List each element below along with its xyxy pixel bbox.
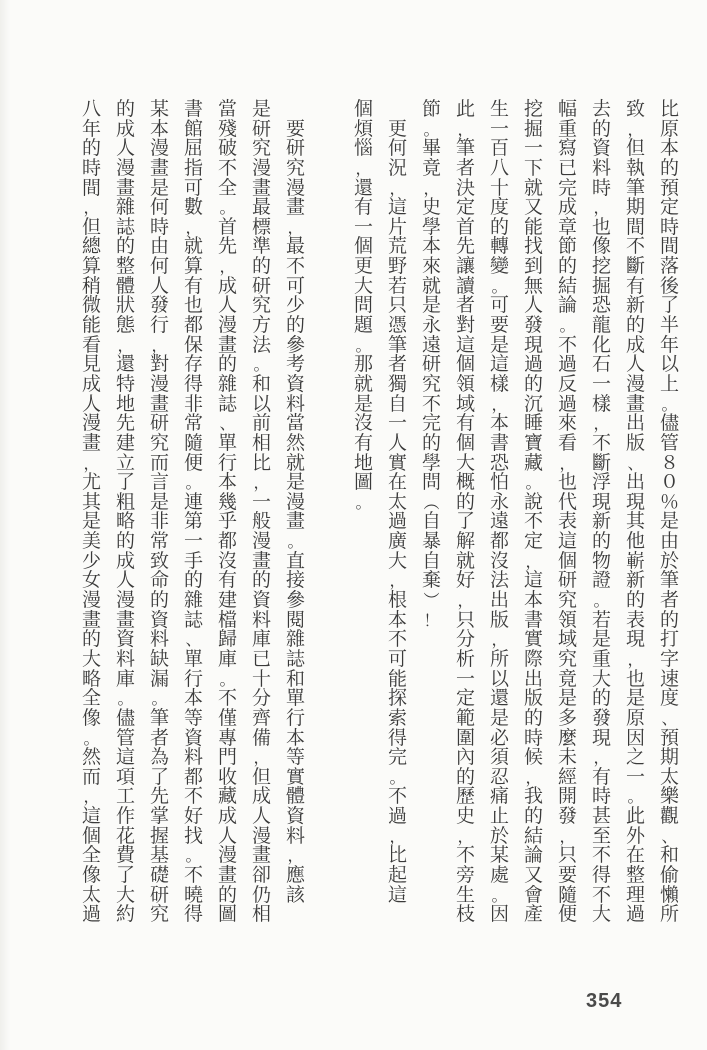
text-column: 個煩惱，還有一個更大問題。那就是沒有地圖。 [348,100,379,930]
glyph: 要 [487,316,513,336]
glyph: 美 [79,532,105,552]
glyph: 是 [249,100,275,120]
glyph: 出 [487,591,513,611]
glyph: 獨 [385,375,411,395]
glyph: 畢 [419,139,445,159]
glyph: 數 [181,198,207,218]
glyph: 資 [113,630,139,650]
glyph: 算 [79,257,105,277]
glyph: 全 [215,179,241,199]
glyph: 成 [79,375,105,395]
glyph: 。 [147,689,173,709]
glyph: 本 [215,473,241,493]
glyph: 雜 [215,375,241,395]
glyph: 這 [385,886,411,906]
glyph: 題 [351,316,377,336]
glyph: 字 [657,650,683,670]
glyph: 本 [181,689,207,709]
glyph: 在 [385,473,411,493]
glyph: 挖 [589,257,615,277]
glyph: 作 [113,807,139,827]
glyph: 探 [385,689,411,709]
glyph: 過 [79,905,105,925]
glyph: 漏 [147,670,173,690]
glyph: ， [79,198,105,218]
glyph: 人 [113,139,139,159]
glyph: 常 [147,532,173,552]
glyph: 畫 [283,512,309,532]
glyph: 百 [487,139,513,159]
glyph: 雜 [181,591,207,611]
glyph: 得 [181,375,207,395]
glyph: 可 [385,650,411,670]
glyph: 起 [385,866,411,886]
glyph: 際 [521,650,547,670]
glyph: 旁 [453,866,479,886]
glyph: ， [249,473,275,493]
glyph: 廣 [385,532,411,552]
glyph: 一 [623,768,649,788]
glyph: 寫 [555,139,581,159]
glyph: 書 [181,100,207,120]
book-page: 比原本的預定時間落後了半年以上。儘管８０％是由於筆者的打字速度、預期太樂觀、和偷… [0,0,707,1050]
glyph: 的 [113,532,139,552]
glyph: 漫 [249,532,275,552]
glyph: 原 [623,709,649,729]
glyph: 樣 [487,375,513,395]
glyph: 漫 [623,375,649,395]
glyph: 不 [283,257,309,277]
glyph: 歸 [215,630,241,650]
glyph: 屈 [181,139,207,159]
glyph: 時 [79,159,105,179]
glyph: 先 [113,414,139,434]
glyph: 人 [385,434,411,454]
glyph: 過 [385,807,411,827]
text-column: 幅重寫已完成章節的結論。不過反過來看，也代表這個研究領域究竟是多麼未經開發，只要… [552,100,583,930]
glyph: 完 [419,414,445,434]
glyph: 範 [453,709,479,729]
glyph: 何 [147,198,173,218]
glyph: 者 [657,591,683,611]
glyph: 應 [283,866,309,886]
glyph: 隨 [181,434,207,454]
glyph: 現 [589,729,615,749]
glyph: 資 [283,807,309,827]
glyph: 資 [589,139,615,159]
glyph: 單 [181,650,207,670]
glyph: 樣 [589,395,615,415]
glyph: 此 [453,100,479,120]
glyph: 不 [589,434,615,454]
glyph: 。 [521,473,547,493]
glyph: 。 [351,493,377,513]
glyph: 但 [623,139,649,159]
glyph: 等 [283,748,309,768]
glyph: 大 [385,552,411,572]
glyph: 雜 [283,630,309,650]
glyph: 先 [215,237,241,257]
glyph: 概 [453,473,479,493]
glyph: 資 [249,591,275,611]
glyph: 節 [419,100,445,120]
glyph: 的 [147,591,173,611]
glyph: 像 [79,709,105,729]
glyph: 礎 [147,866,173,886]
glyph: 本 [487,414,513,434]
glyph: 由 [657,532,683,552]
glyph: 解 [453,532,479,552]
glyph: 某 [147,100,173,120]
glyph: 筆 [453,139,479,159]
glyph: 浮 [589,473,615,493]
glyph: 。 [181,473,207,493]
glyph: 已 [249,650,275,670]
glyph: 須 [487,748,513,768]
glyph: 八 [487,159,513,179]
glyph: 何 [385,139,411,159]
glyph: 龍 [589,316,615,336]
glyph: 止 [487,807,513,827]
glyph: 來 [555,414,581,434]
glyph: 者 [453,159,479,179]
glyph: 域 [555,630,581,650]
glyph: 、 [657,709,683,729]
glyph: 儘 [113,709,139,729]
glyph: 了 [113,866,139,886]
glyph: 不 [215,689,241,709]
glyph: 、 [181,630,207,650]
text-column: 挖掘一下就又能找到無人發現過的沉睡寶藏。說不定，這本書實際出版的時候，我的結論又… [518,100,549,930]
glyph: 之 [623,748,649,768]
glyph: 。 [283,532,309,552]
glyph: 棄 [419,571,445,591]
glyph: 不 [181,866,207,886]
glyph: 又 [521,198,547,218]
glyph: 誌 [181,611,207,631]
glyph: 度 [657,689,683,709]
glyph: 本 [657,139,683,159]
glyph: 特 [113,375,139,395]
glyph: 究 [249,139,275,159]
glyph: 惱 [351,139,377,159]
glyph: 儘 [657,414,683,434]
glyph: 有 [351,198,377,218]
glyph: 一 [521,139,547,159]
glyph: 領 [453,375,479,395]
glyph: 幅 [555,100,581,120]
glyph: 睡 [521,414,547,434]
glyph: 產 [521,905,547,925]
glyph: 生 [487,100,513,120]
indent-space [283,100,309,120]
glyph: 還 [487,689,513,709]
glyph: 整 [623,866,649,886]
glyph: 是 [283,473,309,493]
glyph: 相 [249,434,275,454]
glyph: 打 [657,630,683,650]
glyph: ， [589,198,615,218]
glyph: 破 [215,139,241,159]
glyph: 常 [181,414,207,434]
glyph: 這 [79,807,105,827]
glyph: 竟 [419,159,445,179]
glyph: 研 [283,139,309,159]
glyph: 個 [351,100,377,120]
glyph: 料 [147,630,173,650]
glyph: 多 [555,709,581,729]
glyph: 已 [555,159,581,179]
glyph: 下 [521,159,547,179]
glyph: 有 [351,434,377,454]
text-column: 更何況，這片荒野若只憑筆者獨自一人實在太過廣大，根本不可能探索得完。不過，比起這 [382,100,413,930]
glyph: 尤 [79,473,105,493]
glyph: 處 [487,866,513,886]
glyph: 為 [147,748,173,768]
glyph: 得 [589,866,615,886]
glyph: 定 [657,198,683,218]
glyph: 出 [623,473,649,493]
glyph: 找 [181,827,207,847]
glyph: 度 [487,198,513,218]
glyph: 憑 [385,316,411,336]
glyph: 斷 [623,257,649,277]
glyph: 對 [453,316,479,336]
glyph: 史 [453,807,479,827]
glyph: 這 [385,198,411,218]
glyph: 來 [419,257,445,277]
glyph: 算 [181,257,207,277]
glyph: 誌 [215,395,241,415]
glyph: 得 [181,905,207,925]
glyph: 。 [113,689,139,709]
glyph: 時 [589,179,615,199]
glyph: 筆 [147,709,173,729]
glyph: 比 [657,100,683,120]
glyph: ！ [419,611,445,631]
glyph: ， [589,748,615,768]
glyph: 的 [623,316,649,336]
glyph: 究 [555,591,581,611]
glyph: 何 [147,257,173,277]
glyph: 就 [351,375,377,395]
glyph: 枝 [453,905,479,925]
glyph: 畫 [215,866,241,886]
glyph: 也 [555,473,581,493]
glyph: 的 [79,139,105,159]
glyph: 漫 [79,414,105,434]
glyph: 定 [521,532,547,552]
glyph: 畫 [283,198,309,218]
glyph: 。 [589,591,615,611]
glyph: 反 [555,375,581,395]
glyph: 的 [521,709,547,729]
page-gutter-shadow [0,0,10,1050]
glyph: 齊 [249,709,275,729]
text-column: 是研究漫畫最標準的研究方法。和以前相比，一般漫畫的資料庫已十分齊備，但成人漫畫卻… [246,100,277,930]
glyph: 大 [79,650,105,670]
glyph: 要 [555,866,581,886]
glyph: 期 [657,748,683,768]
glyph: 去 [589,100,615,120]
glyph: 漫 [113,591,139,611]
glyph: 漫 [249,159,275,179]
glyph: 當 [215,100,241,120]
glyph: ０ [657,473,683,493]
glyph: 八 [79,100,105,120]
glyph: 析 [453,650,479,670]
glyph: 整 [113,257,139,277]
text-column: 此，筆者決定首先讓讀者對這個領域有個大概的了解就好，只分析一定範圍內的歷史，不旁… [450,100,481,930]
glyph: 不 [385,630,411,650]
glyph: 候 [521,748,547,768]
glyph: 版 [623,434,649,454]
glyph: 重 [589,650,615,670]
text-column: 某本漫畫是何時由何人發行，對漫畫研究而言是非常致命的資料缺漏。筆者為了先掌握基礎… [144,100,175,930]
glyph: 研 [147,414,173,434]
glyph: 行 [147,316,173,336]
text-column: 要研究漫畫，最不可少的參考資料當然就是漫畫。直接參閱雜誌和單行本等實體資料，應該 [280,100,311,930]
glyph: 索 [385,709,411,729]
vertical-text-block: 比原本的預定時間落後了半年以上。儘管８０％是由於筆者的打字速度、預期太樂觀、和偷… [73,100,685,930]
glyph: 成 [555,198,581,218]
glyph: 的 [589,532,615,552]
page-number: 354 [586,990,622,1013]
text-column: 當殘破不全。首先，成人漫畫的雜誌、單行本幾乎都沒有建檔歸庫。不僅專門收藏成人漫畫… [212,100,243,930]
glyph: 內 [453,748,479,768]
glyph: ， [623,650,649,670]
glyph: ， [589,414,615,434]
glyph: 發 [521,316,547,336]
glyph: 行 [283,709,309,729]
glyph: 庫 [113,670,139,690]
glyph: 庫 [249,630,275,650]
glyph: 一 [181,532,207,552]
glyph: 單 [283,689,309,709]
glyph: 雜 [113,198,139,218]
glyph: 所 [487,650,513,670]
glyph: 單 [215,434,241,454]
glyph: 都 [215,532,241,552]
glyph: 畫 [147,159,173,179]
glyph: 究 [147,905,173,925]
glyph: 好 [181,807,207,827]
glyph: ， [453,591,479,611]
glyph: 相 [249,905,275,925]
glyph: 圖 [215,905,241,925]
glyph: 究 [147,434,173,454]
glyph: 實 [521,630,547,650]
glyph: 到 [521,257,547,277]
glyph: 寶 [521,434,547,454]
glyph: 現 [623,630,649,650]
glyph: 便 [181,454,207,474]
glyph: 挖 [521,100,547,120]
glyph: 、 [215,414,241,434]
glyph: 個 [453,434,479,454]
glyph: 發 [555,807,581,827]
glyph: 的 [589,689,615,709]
glyph: 有 [453,414,479,434]
glyph: 這 [113,748,139,768]
glyph: 是 [487,709,513,729]
glyph: 此 [623,807,649,827]
glyph: 是 [555,689,581,709]
glyph: 的 [521,807,547,827]
glyph: 永 [419,316,445,336]
glyph: 庫 [215,650,241,670]
glyph: 和 [249,375,275,395]
glyph: 執 [623,159,649,179]
glyph: 的 [555,257,581,277]
text-column: 致，但執筆期間不斷有新的成人漫畫出版、出現其他嶄新的表現，也是原因之一。此外在整… [620,100,651,930]
glyph: 然 [79,748,105,768]
glyph: 漫 [147,375,173,395]
glyph: 暴 [419,532,445,552]
glyph: 好 [453,571,479,591]
glyph: 變 [487,257,513,277]
glyph: 資 [283,375,309,395]
glyph: 沒 [351,414,377,434]
glyph: 料 [283,827,309,847]
glyph: 缺 [147,650,173,670]
glyph: 證 [589,571,615,591]
glyph: 半 [657,316,683,336]
text-column: 節。畢竟，史學本來就是永遠研究不完的學問︵自暴自棄︶！ [416,100,447,930]
glyph: 料 [113,650,139,670]
glyph: 漫 [113,159,139,179]
glyph: 版 [487,611,513,631]
glyph: 偷 [657,866,683,886]
glyph: 言 [147,473,173,493]
glyph: 的 [419,434,445,454]
text-column: 去的資料時，也像挖掘恐龍化石一樣，不斷浮現新的物證。若是重大的發現，有時甚至不得… [586,100,617,930]
glyph: 。 [215,198,241,218]
glyph: 態 [113,316,139,336]
glyph: 定 [453,689,479,709]
glyph: ︶ [419,591,445,611]
glyph: 備 [249,729,275,749]
glyph: 約 [113,905,139,925]
glyph: 間 [79,179,105,199]
glyph: 了 [113,473,139,493]
glyph: 定 [453,198,479,218]
glyph: 觀 [657,807,683,827]
glyph: 能 [79,316,105,336]
glyph: 又 [521,866,547,886]
glyph: 怕 [487,473,513,493]
glyph: 過 [623,905,649,925]
glyph: 的 [623,591,649,611]
glyph: 而 [79,768,105,788]
glyph: 發 [589,709,615,729]
glyph: 僅 [215,709,241,729]
glyph: 。 [555,316,581,336]
glyph: 更 [351,257,377,277]
glyph: 建 [215,591,241,611]
glyph: 是 [623,689,649,709]
glyph: 藏 [521,454,547,474]
glyph: 究 [419,375,445,395]
glyph: ， [215,257,241,277]
text-column: 書館屈指可數，就算有也都保存得非常隨便。連第一手的雜誌、單行本等資料都不好找。不… [178,100,209,930]
glyph: 漫 [147,139,173,159]
glyph: 然 [283,434,309,454]
glyph: 史 [419,198,445,218]
glyph: 完 [385,748,411,768]
glyph: 他 [623,532,649,552]
glyph: 問 [419,473,445,493]
